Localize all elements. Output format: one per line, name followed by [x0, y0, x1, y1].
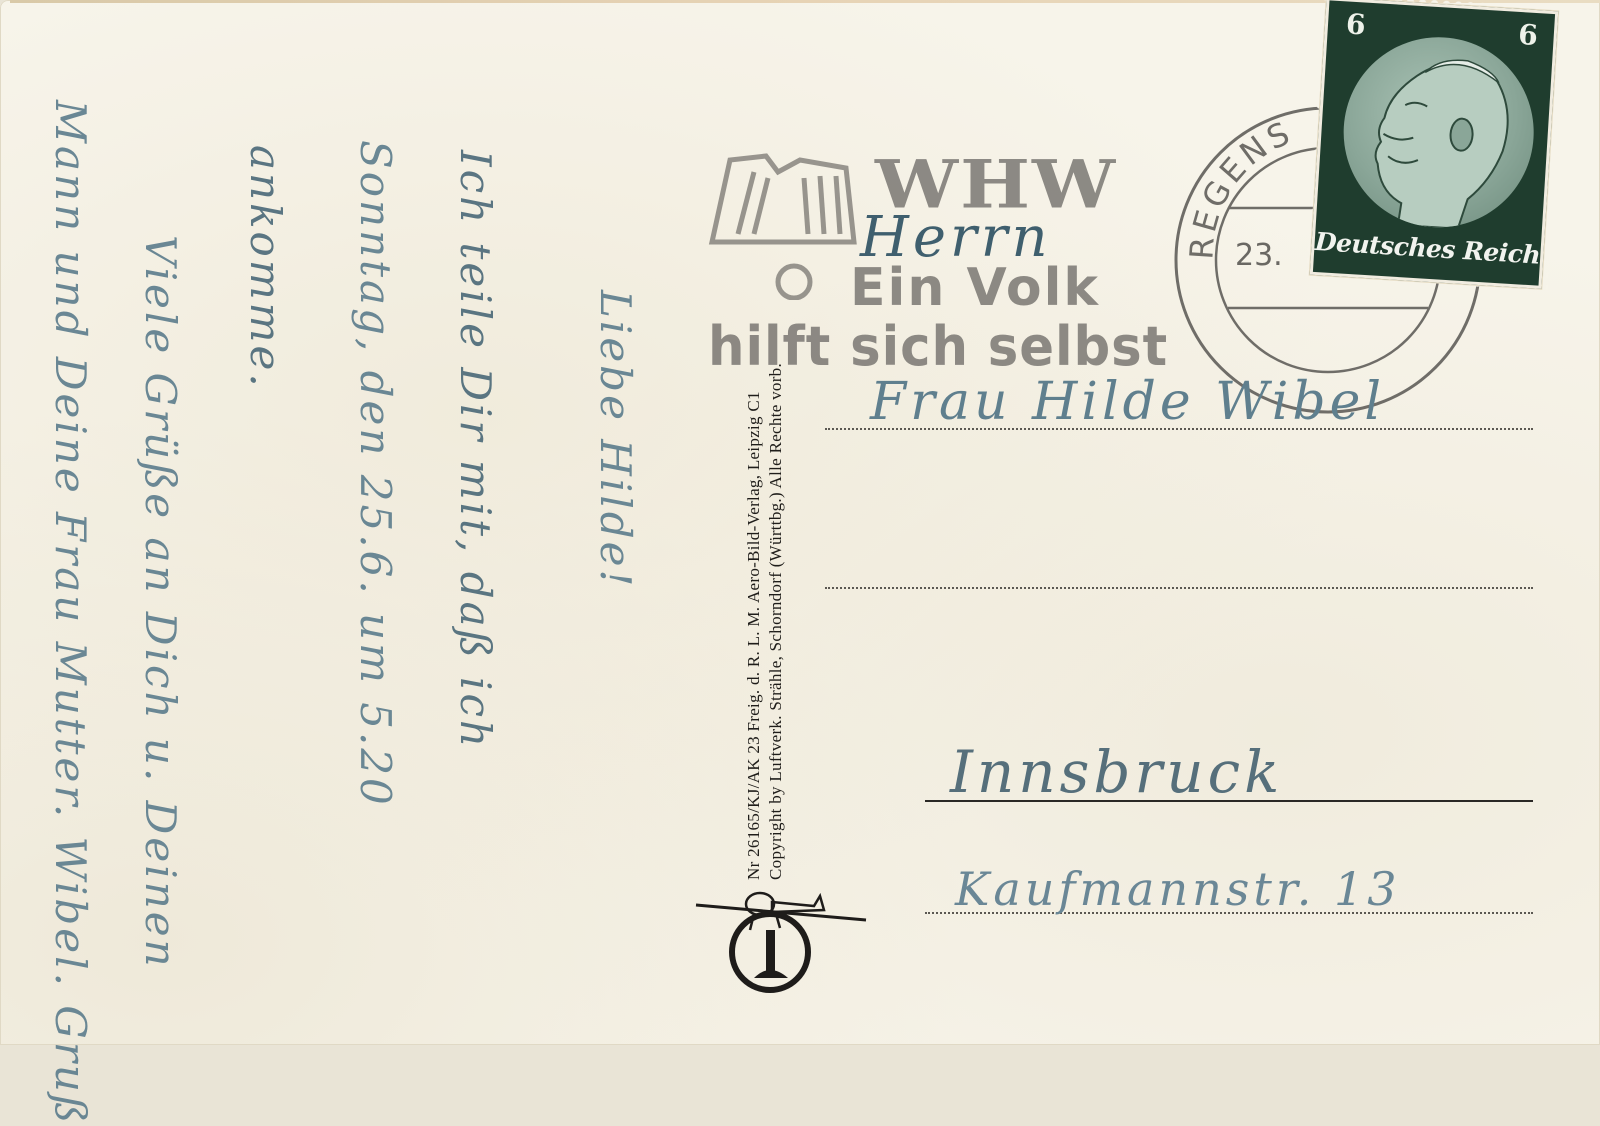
postage-stamp: 6 6 Deutsches Reich [1310, 0, 1559, 289]
recipient-name: Frau Hilde Wibel [870, 372, 1385, 432]
stamp-value-right: 6 [1517, 18, 1538, 52]
recipient-street: Kaufmannstr. 13 [955, 862, 1401, 916]
message-line-5: Mann und Deine Frau Mutter. Wibel. Gruß [46, 100, 95, 1045]
message-line-1: Ich teile Dir mit, daß ich [451, 150, 500, 750]
hindenburg-profile-icon [1338, 32, 1539, 233]
postmark-date: 23. [1235, 238, 1283, 273]
message-line-4: Viele Grüße an Dich u. Deinen [136, 235, 185, 970]
slogan-hilft-sich-selbst: hilft sich selbst [708, 315, 1168, 378]
address-line-2 [825, 587, 1533, 589]
message-greeting: Liebe Hilde! [591, 290, 640, 589]
publisher-imprint-line-2: Copyright by Luftverk. Strähle, Schorndo… [766, 363, 786, 880]
stamp-body: 6 6 Deutsches Reich [1310, 0, 1559, 289]
message-line-3: ankomme. [241, 145, 290, 390]
handwritten-herrn: Herrn [860, 205, 1052, 270]
stamp-country: Deutsches Reich [1314, 227, 1541, 270]
recipient-city: Innsbruck [950, 738, 1283, 806]
publisher-imprint-line-1: Nr 26165/KJ/AK 23 Freig. d. R. L. M. Aer… [744, 391, 764, 880]
postcard: Liebe Hilde! Ich teile Dir mit, daß ich … [0, 0, 1600, 1045]
eagle-icon [708, 150, 858, 300]
message-line-2: Sonntag, den 25.6. um 5.20 [351, 140, 400, 808]
publisher-logo-icon [694, 890, 874, 1000]
stamp-value-left: 6 [1345, 7, 1366, 41]
